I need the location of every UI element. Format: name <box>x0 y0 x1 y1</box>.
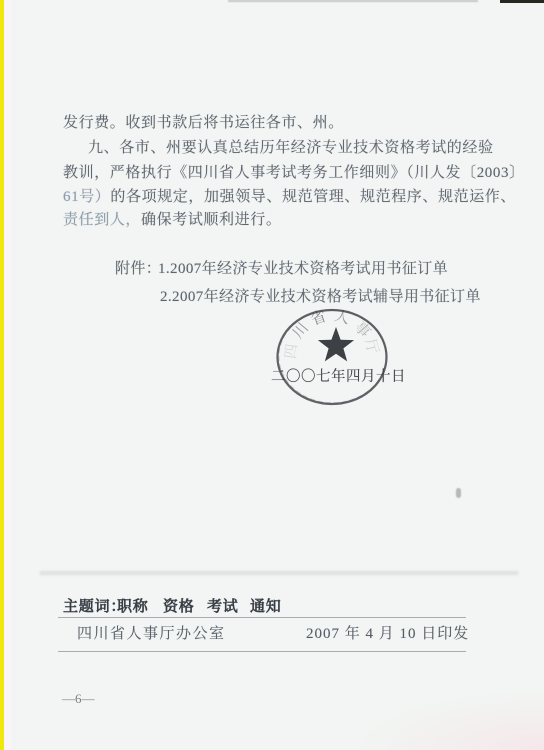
seal-arc-char: 厅 <box>361 337 381 356</box>
subject-term: 资格 <box>163 595 195 616</box>
issuer-office: 四川省人事厅办公室 <box>77 622 226 643</box>
subject-term: 通知 <box>250 595 282 616</box>
scan-artifact-corner <box>500 0 544 3</box>
subject-term: 考试 <box>207 595 239 616</box>
scan-artifact-streak <box>40 571 518 575</box>
divider-bottom <box>58 651 466 652</box>
scanned-document-page: 发行费。收到书款后将书运往各市、州。 九、各市、州要认真总结历年经济专业技术资格… <box>0 0 544 750</box>
scan-artifact-speck <box>456 488 461 498</box>
scanner-edge-band <box>4 0 11 750</box>
body-line-fragment: 确保考试顺利进行。 <box>141 212 281 228</box>
body-line: 发行费。收到书款后将书运往各市、州。 <box>63 111 344 132</box>
body-line-fragment: 的各项规定，加强领导、规范管理、规范程序、规范运作、 <box>110 189 516 205</box>
seal-arc-char: 四 <box>282 343 301 360</box>
attachment-item-1: 1.2007年经济专业技术资格考试用书征订单 <box>158 257 448 278</box>
page-number: —6— <box>62 691 95 707</box>
scan-artifact-blush <box>354 690 544 750</box>
official-seal: 四 川 省 人 事 厅 <box>270 303 400 415</box>
body-line: 61号）的各项规定，加强领导、规范管理、规范程序、规范运作、 <box>63 185 516 206</box>
scan-artifact-top <box>228 0 478 2</box>
print-date: 2007 年 4 月 10 日印发 <box>306 622 469 643</box>
body-line: 九、各市、州要认真总结历年经济专业技术资格考试的经验 <box>88 136 494 157</box>
body-line-fragment: 61号） <box>63 189 110 205</box>
body-line: 责任到人，确保考试顺利进行。 <box>63 208 281 229</box>
seal-star-icon <box>318 327 354 361</box>
subject-term: 职称 <box>117 595 149 616</box>
body-line-fragment: 责任到人， <box>63 212 141 228</box>
divider-top <box>58 617 466 618</box>
issue-date: 二〇〇七年四月十日 <box>271 365 406 386</box>
seal-arc-char: 人 <box>332 307 351 327</box>
attachment-label: 附件： <box>115 257 161 278</box>
seal-arc-char: 事 <box>351 319 374 342</box>
body-line: 教训，严格执行《四川省人事考试考务工作细则》（川人发〔2003〕 <box>63 161 525 182</box>
